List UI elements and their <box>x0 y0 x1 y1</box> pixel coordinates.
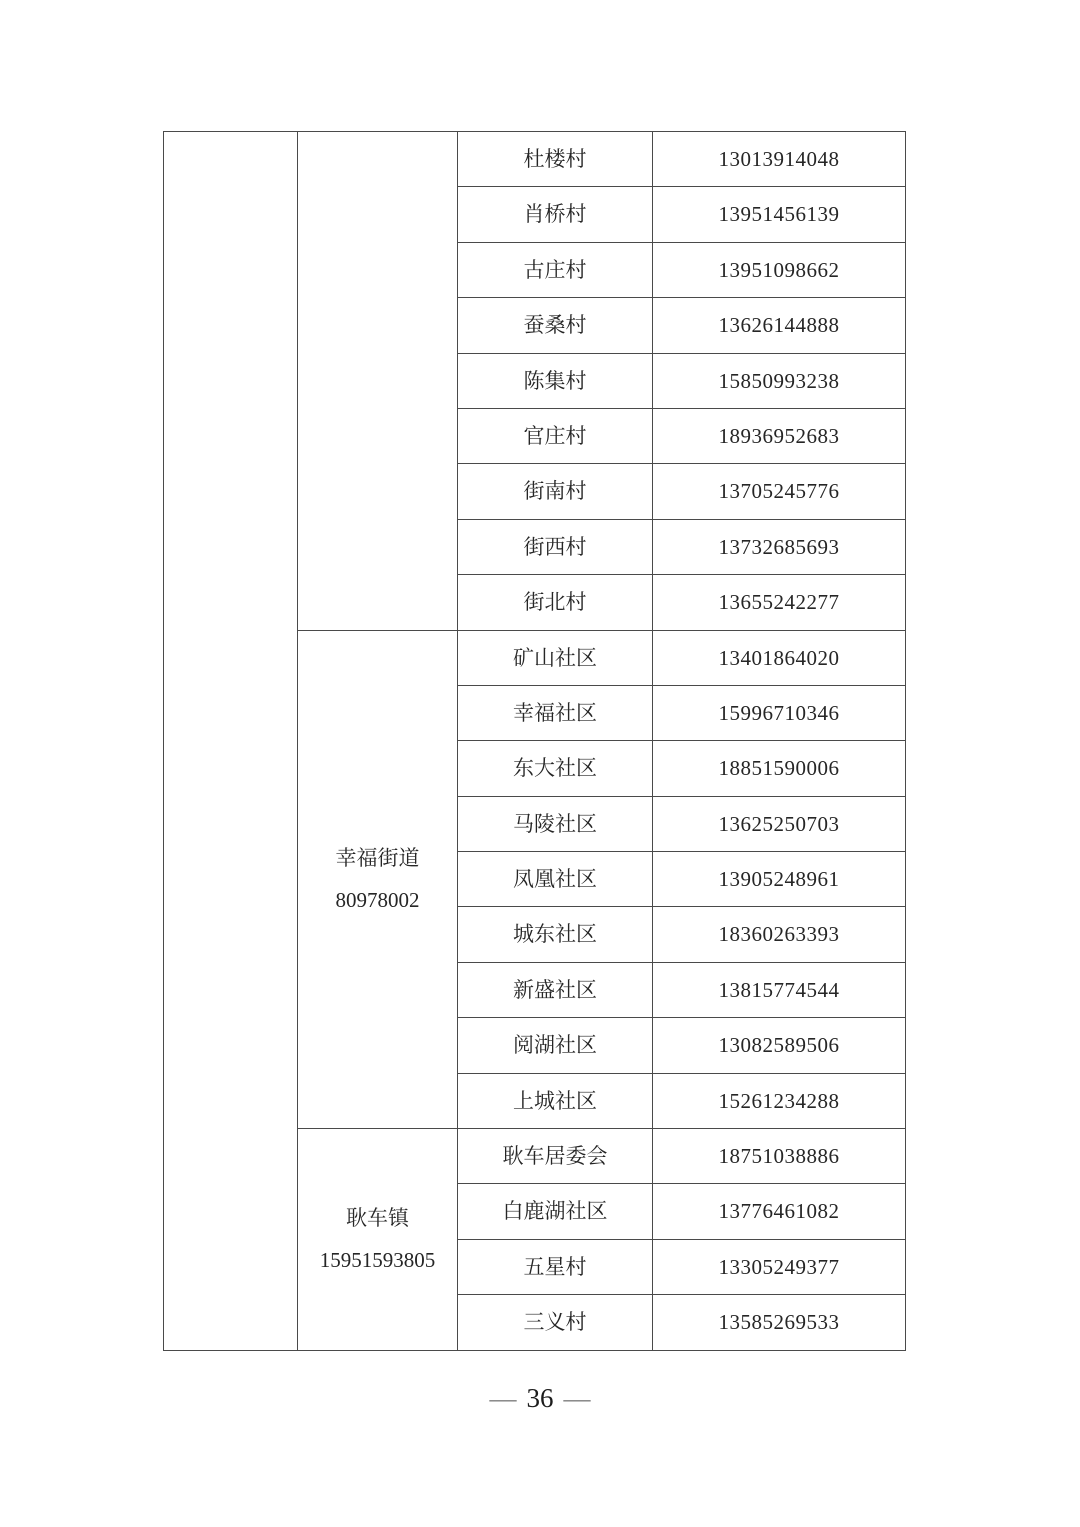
unit-name-cell: 幸福社区 <box>458 685 653 740</box>
unit-name-cell: 东大社区 <box>458 741 653 796</box>
contact-table: 杜楼村13013914048肖桥村13951456139古庄村139510986… <box>163 131 906 1351</box>
unit-name-cell: 阅湖社区 <box>458 1018 653 1073</box>
unit-name-cell: 五星村 <box>458 1239 653 1294</box>
table-row: 杜楼村13013914048 <box>164 132 906 187</box>
phone-number-cell: 18851590006 <box>653 741 906 796</box>
unit-name-cell: 新盛社区 <box>458 962 653 1017</box>
unit-name-cell: 杜楼村 <box>458 132 653 187</box>
phone-number-cell: 15261234288 <box>653 1073 906 1128</box>
phone-number-cell: 13951456139 <box>653 187 906 242</box>
page-number: 36 <box>527 1383 554 1413</box>
page-footer: —36— <box>0 1383 1080 1414</box>
phone-number-cell: 13776461082 <box>653 1184 906 1239</box>
phone-number-cell: 13082589506 <box>653 1018 906 1073</box>
group-label-cell: 幸福街道80978002 <box>298 630 458 1129</box>
unit-name-cell: 街北村 <box>458 575 653 630</box>
phone-number-cell: 13655242277 <box>653 575 906 630</box>
group-label-line: 耿车镇 <box>298 1197 457 1239</box>
phone-number-cell: 13732685693 <box>653 519 906 574</box>
contact-table-wrap: 杜楼村13013914048肖桥村13951456139古庄村139510986… <box>163 131 906 1351</box>
phone-number-cell: 13585269533 <box>653 1295 906 1350</box>
unit-name-cell: 三义村 <box>458 1295 653 1350</box>
phone-number-cell: 18360263393 <box>653 907 906 962</box>
phone-number-cell: 13625250703 <box>653 796 906 851</box>
unit-name-cell: 蚕桑村 <box>458 298 653 353</box>
group-label-cell <box>298 132 458 631</box>
phone-number-cell: 13626144888 <box>653 298 906 353</box>
unit-name-cell: 街南村 <box>458 464 653 519</box>
phone-number-cell: 15996710346 <box>653 685 906 740</box>
phone-number-cell: 13401864020 <box>653 630 906 685</box>
group-label-line: 80978002 <box>298 879 457 921</box>
phone-number-cell: 13305249377 <box>653 1239 906 1294</box>
unit-name-cell: 白鹿湖社区 <box>458 1184 653 1239</box>
footer-right-dash: — <box>554 1383 601 1413</box>
footer-left-dash: — <box>480 1383 527 1413</box>
phone-number-cell: 13951098662 <box>653 242 906 297</box>
phone-number-cell: 18936952683 <box>653 408 906 463</box>
left-spacer-cell <box>164 132 298 1351</box>
group-label-line: 幸福街道 <box>298 837 457 879</box>
contact-table-body: 杜楼村13013914048肖桥村13951456139古庄村139510986… <box>164 132 906 1351</box>
phone-number-cell: 13815774544 <box>653 962 906 1017</box>
unit-name-cell: 上城社区 <box>458 1073 653 1128</box>
unit-name-cell: 耿车居委会 <box>458 1129 653 1184</box>
unit-name-cell: 肖桥村 <box>458 187 653 242</box>
phone-number-cell: 13905248961 <box>653 852 906 907</box>
unit-name-cell: 陈集村 <box>458 353 653 408</box>
unit-name-cell: 街西村 <box>458 519 653 574</box>
phone-number-cell: 18751038886 <box>653 1129 906 1184</box>
phone-number-cell: 13013914048 <box>653 132 906 187</box>
document-page: 杜楼村13013914048肖桥村13951456139古庄村139510986… <box>0 0 1080 1527</box>
group-label-line: 15951593805 <box>298 1239 457 1281</box>
unit-name-cell: 凤凰社区 <box>458 852 653 907</box>
unit-name-cell: 城东社区 <box>458 907 653 962</box>
phone-number-cell: 13705245776 <box>653 464 906 519</box>
phone-number-cell: 15850993238 <box>653 353 906 408</box>
group-label-cell: 耿车镇15951593805 <box>298 1129 458 1351</box>
unit-name-cell: 官庄村 <box>458 408 653 463</box>
unit-name-cell: 马陵社区 <box>458 796 653 851</box>
unit-name-cell: 矿山社区 <box>458 630 653 685</box>
unit-name-cell: 古庄村 <box>458 242 653 297</box>
